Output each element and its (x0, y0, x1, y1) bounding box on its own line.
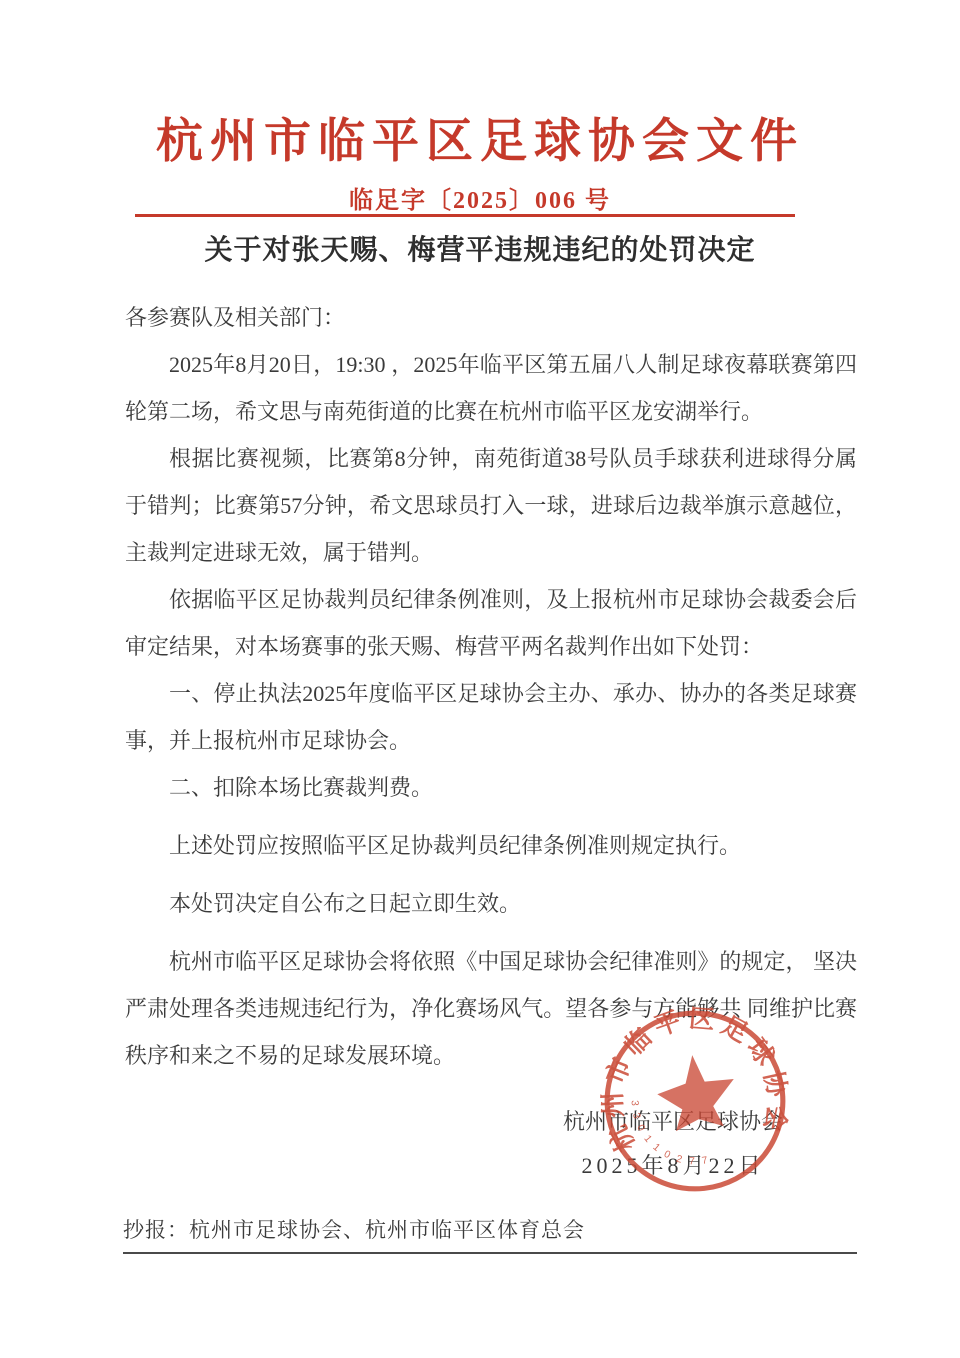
body-paragraph: 杭州市临平区足球协会将依照《中国足球协会纪律准则》的规定， 坚决严肃处理各类违规… (125, 938, 857, 1079)
red-header-rule (135, 214, 795, 217)
body-paragraph: 根据比赛视频，比赛第8分钟，南苑街道38号队员手球获利进球得分属于错判；比赛第5… (125, 435, 857, 576)
signature-date: 2025年8月22日 (552, 1144, 794, 1188)
signature-block: 杭州市临平区足球协会 2025年8月22日 (552, 1100, 794, 1188)
body-paragraph: 本处罚决定自公布之日起立即生效。 (125, 880, 857, 927)
document-page: 杭州市临平区足球协会文件 临足字〔2025〕006 号 关于对张天赐、梅营平违规… (0, 0, 960, 1358)
org-title: 杭州市临平区足球协会文件 (0, 104, 960, 171)
body-paragraph: 2025年8月20日，19:30 ，2025年临平区第五届八人制足球夜幕联赛第四… (125, 341, 857, 435)
body-paragraph: 依据临平区足协裁判员纪律条例准则，及上报杭州市足球协会裁委会后审定结果，对本场赛… (125, 576, 857, 670)
body-paragraph: 上述处罚应按照临平区足协裁判员纪律条例准则规定执行。 (125, 822, 857, 869)
subject-title: 关于对张天赐、梅营平违规违纪的处罚决定 (0, 228, 960, 268)
footer-cc-line: 抄报：杭州市足球协会、杭州市临平区体育总会 (123, 1214, 857, 1254)
doc-number: 临足字〔2025〕006 号 (0, 180, 960, 215)
body-paragraph: 二、扣除本场比赛裁判费。 (125, 764, 857, 811)
body-paragraph: 一、停止执法2025年度临平区足球协会主办、承办、协办的各类足球赛事，并上报杭州… (125, 670, 857, 764)
signature-org: 杭州市临平区足球协会 (552, 1100, 794, 1144)
body-paragraphs: 各参赛队及相关部门：2025年8月20日，19:30 ，2025年临平区第五届八… (125, 294, 857, 1079)
body-paragraph: 各参赛队及相关部门： (125, 294, 857, 341)
